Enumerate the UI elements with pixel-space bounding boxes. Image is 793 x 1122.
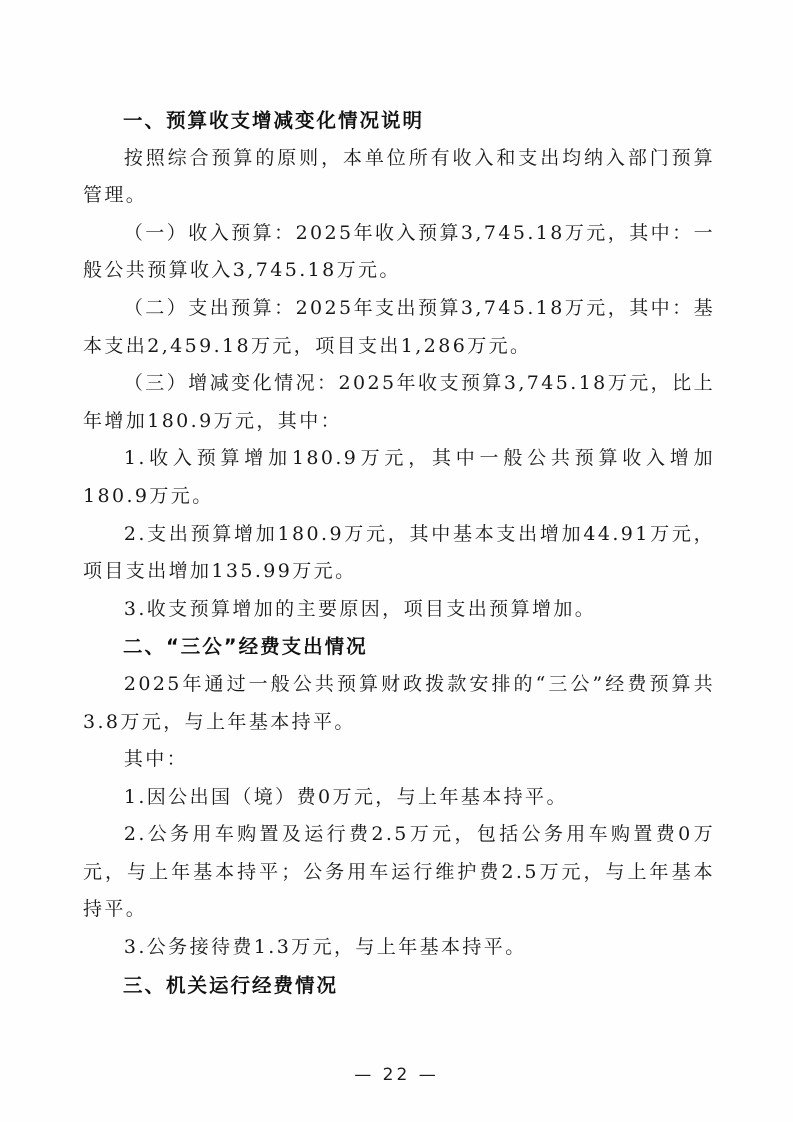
section-1-paragraph: 2.支出预算增加180.9万元，其中基本支出增加44.91万元，项目支出增加13… bbox=[83, 516, 715, 591]
document-page: 一、预算收支增减变化情况说明 按照综合预算的原则，本单位所有收入和支出均纳入部门… bbox=[0, 0, 793, 1122]
section-2-paragraph: 1.因公出国（境）费0万元，与上年基本持平。 bbox=[83, 779, 715, 817]
section-1-paragraph: 3.收支预算增加的主要原因，项目支出预算增加。 bbox=[83, 591, 715, 629]
section-2-paragraph: 2.公务用车购置及运行费2.5万元，包括公务用车购置费0万元，与上年基本持平；公… bbox=[83, 816, 715, 929]
section-2-paragraph: 2025年通过一般公共预算财政拨款安排的“三公”经费预算共3.8万元，与上年基本… bbox=[83, 666, 715, 741]
page-number: — 22 — bbox=[0, 1062, 793, 1088]
section-2-paragraph: 3.公务接待费1.3万元，与上年基本持平。 bbox=[83, 929, 715, 967]
section-1-paragraph: （一）收入预算：2025年收入预算3,745.18万元，其中：一般公共预算收入3… bbox=[83, 215, 715, 290]
section-2-heading: 二、“三公”经费支出情况 bbox=[83, 628, 715, 666]
section-3-heading: 三、机关运行经费情况 bbox=[83, 967, 715, 1005]
section-1-paragraph: （三）增减变化情况：2025年收支预算3,745.18万元，比上年增加180.9… bbox=[83, 365, 715, 440]
document-body: 一、预算收支增减变化情况说明 按照综合预算的原则，本单位所有收入和支出均纳入部门… bbox=[83, 102, 715, 1004]
section-1-paragraph: 按照综合预算的原则，本单位所有收入和支出均纳入部门预算管理。 bbox=[83, 140, 715, 215]
section-1-paragraph: 1.收入预算增加180.9万元，其中一般公共预算收入增加180.9万元。 bbox=[83, 440, 715, 515]
section-2-paragraph: 其中： bbox=[83, 741, 715, 779]
section-1-heading: 一、预算收支增减变化情况说明 bbox=[83, 102, 715, 140]
section-1-paragraph: （二）支出预算：2025年支出预算3,745.18万元，其中：基本支出2,459… bbox=[83, 290, 715, 365]
